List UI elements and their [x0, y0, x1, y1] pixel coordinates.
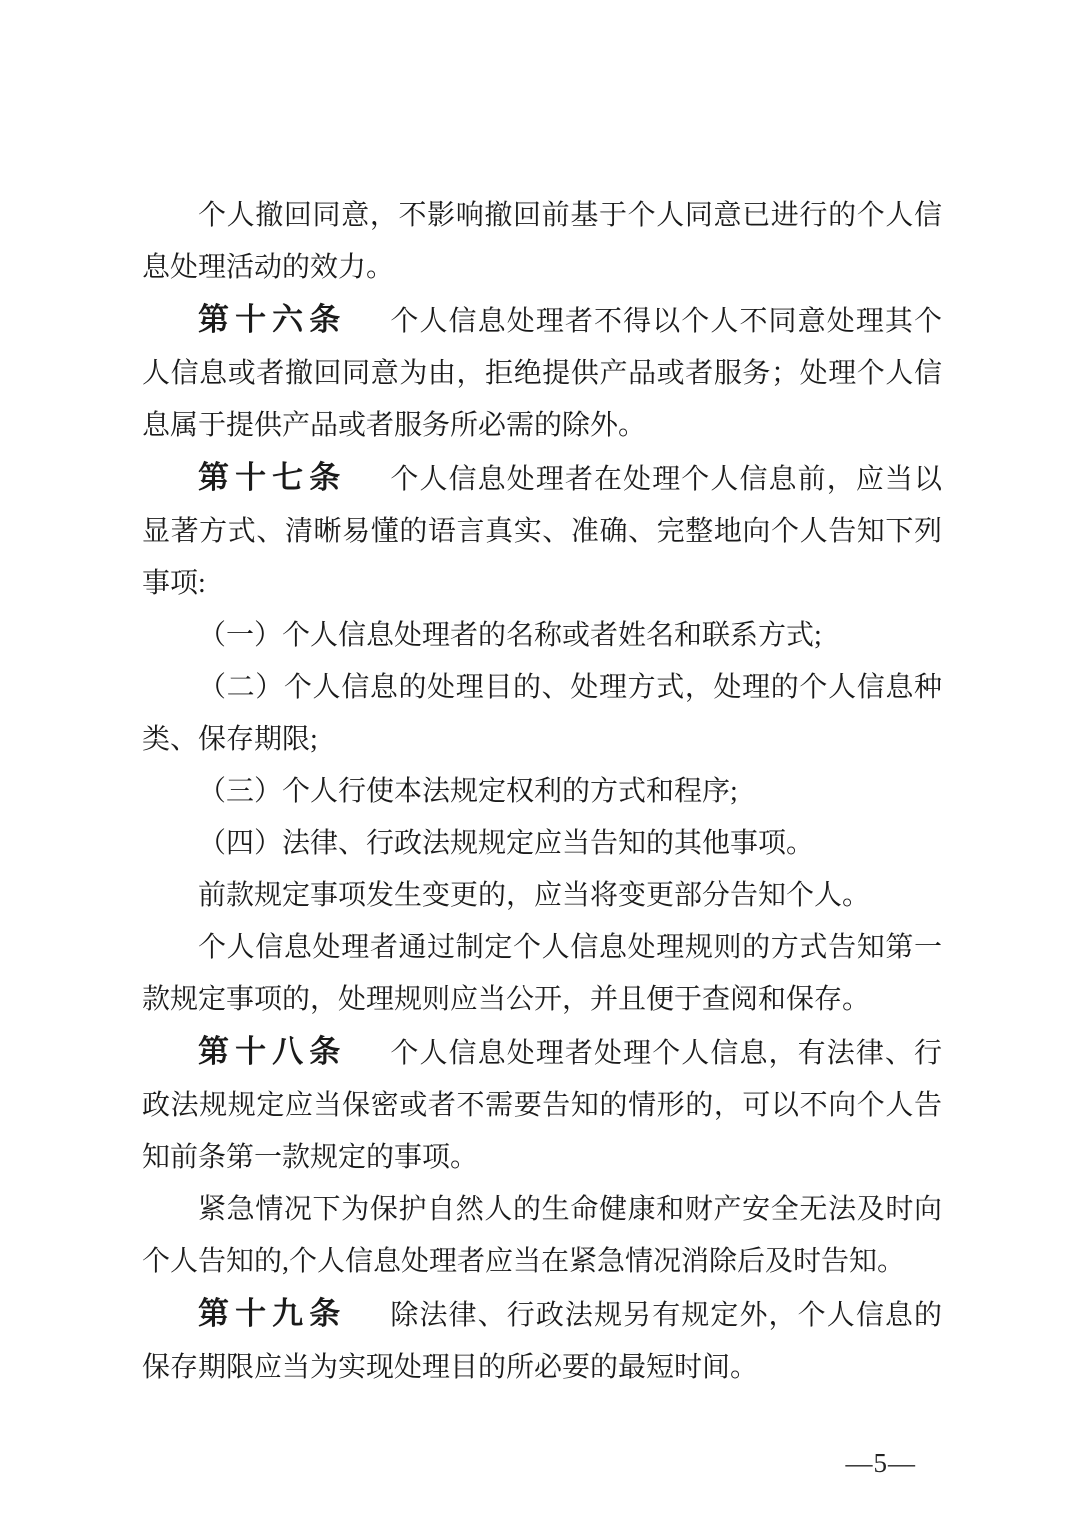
paragraph-text: 个人撤回同意，不影响撤回前基于个人同意已进行的个人信息处理活动的效力。 — [142, 200, 942, 283]
paragraph: 前款规定事项发生变更的，应当将变更部分告知个人。 — [142, 870, 942, 922]
paragraph: 个人撤回同意，不影响撤回前基于个人同意已进行的个人信息处理活动的效力。 — [142, 190, 942, 294]
paragraph-article-18: 第十八条个人信息处理者处理个人信息，有法律、行政法规规定应当保密或者不需要告知的… — [142, 1026, 942, 1184]
paragraph-list-item-4: （四）法律、行政法规规定应当告知的其他事项。 — [142, 818, 942, 870]
document-body: 个人撤回同意，不影响撤回前基于个人同意已进行的个人信息处理活动的效力。 第十六条… — [142, 190, 942, 1394]
paragraph-list-item-2: （二）个人信息的处理目的、处理方式，处理的个人信息种类、保存期限; — [142, 662, 942, 766]
paragraph-article-17: 第十七条个人信息处理者在处理个人信息前，应当以显著方式、清晰易懂的语言真实、准确… — [142, 452, 942, 610]
article-number: 第十七条 — [198, 460, 346, 495]
paragraph: 紧急情况下为保护自然人的生命健康和财产安全无法及时向个人告知的,个人信息处理者应… — [142, 1184, 942, 1288]
paragraph-text: （一）个人信息处理者的名称或者姓名和联系方式; — [198, 620, 822, 651]
paragraph: 个人信息处理者通过制定个人信息处理规则的方式告知第一款规定事项的，处理规则应当公… — [142, 922, 942, 1026]
paragraph-text: 前款规定事项发生变更的，应当将变更部分告知个人。 — [198, 880, 870, 911]
article-number: 第十八条 — [198, 1034, 346, 1069]
paragraph-text: 紧急情况下为保护自然人的生命健康和财产安全无法及时向个人告知的,个人信息处理者应… — [142, 1194, 942, 1277]
paragraph-text: （二）个人信息的处理目的、处理方式，处理的个人信息种类、保存期限; — [142, 672, 942, 755]
paragraph-text: （四）法律、行政法规规定应当告知的其他事项。 — [198, 828, 814, 859]
article-number: 第十九条 — [198, 1296, 346, 1331]
document-page: 个人撤回同意，不影响撤回前基于个人同意已进行的个人信息处理活动的效力。 第十六条… — [0, 0, 1074, 1520]
paragraph-list-item-1: （一）个人信息处理者的名称或者姓名和联系方式; — [142, 610, 942, 662]
paragraph-list-item-3: （三）个人行使本法规定权利的方式和程序; — [142, 766, 942, 818]
paragraph-article-19: 第十九条除法律、行政法规另有规定外，个人信息的保存期限应当为实现处理目的所必要的… — [142, 1288, 942, 1394]
paragraph-text: （三）个人行使本法规定权利的方式和程序; — [198, 776, 738, 807]
page-number: —5— — [0, 1448, 916, 1479]
article-number: 第十六条 — [198, 302, 346, 337]
paragraph-text: 个人信息处理者通过制定个人信息处理规则的方式告知第一款规定事项的，处理规则应当公… — [142, 932, 942, 1015]
paragraph-article-16: 第十六条个人信息处理者不得以个人不同意处理其个人信息或者撤回同意为由，拒绝提供产… — [142, 294, 942, 452]
